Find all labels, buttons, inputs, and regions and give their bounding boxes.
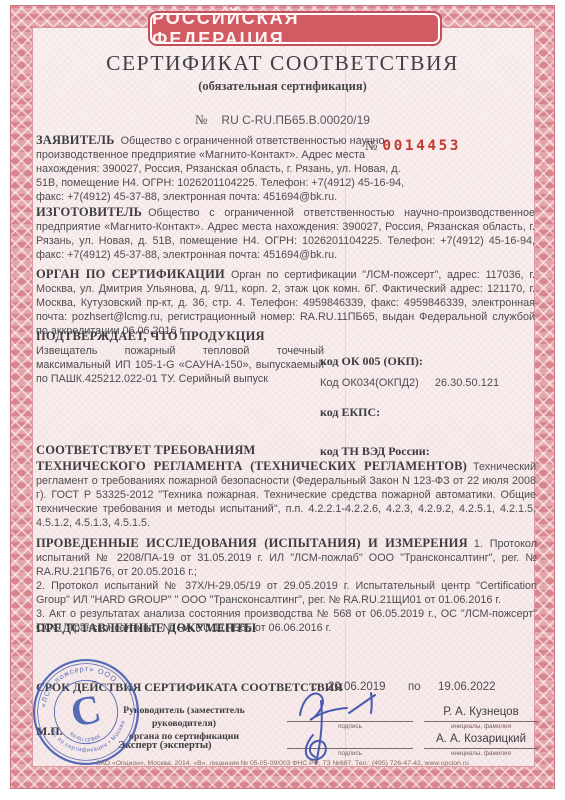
compliance-paragraph: ТЕХНИЧЕСКОГО РЕГЛАМЕНТА (ТЕХНИЧЕСКИХ РЕГ… xyxy=(36,459,536,530)
certificate-number: RU C-RU.ПБ65.В.00020/19 xyxy=(221,113,370,127)
compliance-sub-label: ТЕХНИЧЕСКОГО РЕГЛАМЕНТА (ТЕХНИЧЕСКИХ РЕГ… xyxy=(36,459,473,473)
code-okp-label: код ОК 005 (ОКП): xyxy=(320,354,535,369)
product-description: Извещатель пожарный тепловой точечный ма… xyxy=(36,344,324,386)
code-ekps-label: код ЕКПС: xyxy=(320,405,535,420)
code-okpd-label: Код ОК034(ОКПД2) xyxy=(320,377,419,389)
section-applicant: ЗАЯВИТЕЛЬОбщество с ограниченной ответст… xyxy=(36,133,414,204)
validity-to-date: 19.06.2022 xyxy=(438,681,496,693)
stamp-monogram: С xyxy=(67,686,105,736)
footer-imprint: ЗАО «Опцион», Москва, 2014, «В», лицензи… xyxy=(60,760,505,767)
manufacturer-label: ИЗГОТОВИТЕЛЬ xyxy=(36,205,148,219)
certificate-page: РОССИЙСКАЯ ФЕДЕРАЦИЯ СЕРТИФИКАТ СООТВЕТС… xyxy=(0,0,565,800)
research-item-2: 2. Протокол испытаний № 37Х/Н-29.05/19 о… xyxy=(36,579,537,607)
product-section-label: ПОДТВЕРЖДАЕТ, ЧТО ПРОДУКЦИЯ xyxy=(36,329,265,344)
head-name-line xyxy=(424,721,538,722)
expert-name-line xyxy=(424,748,538,749)
round-seal-stamp: «ЛСМ-пожсерт» ООО ОС по сертификации • М… xyxy=(20,646,153,779)
country-banner-label: РОССИЙСКАЯ ФЕДЕРАЦИЯ xyxy=(152,8,438,50)
research-label: ПРОВЕДЕННЫЕ ИССЛЕДОВАНИЯ (ИСПЫТАНИЯ) И И… xyxy=(36,536,474,550)
code-okpd-value: 26.30.50.121 xyxy=(435,377,499,389)
code-tnved-label: код ТН ВЭД России: xyxy=(320,444,535,459)
head-name: Р. А. Кузнецов xyxy=(424,706,538,718)
certificate-number-row: №RU C-RU.ПБ65.В.00020/19 xyxy=(30,112,535,128)
certificate-title: СЕРТИФИКАТ СООТВЕТСТВИЯ xyxy=(30,51,535,76)
expert-name-caption: инициалы, фамилия xyxy=(424,750,538,757)
head-name-caption: инициалы, фамилия xyxy=(424,723,538,730)
certification-body-label: ОРГАН ПО СЕРТИФИКАЦИИ xyxy=(36,267,231,281)
applicant-label: ЗАЯВИТЕЛЬ xyxy=(36,133,121,147)
number-sign-icon: № xyxy=(195,112,207,127)
expert-name: А. А. Козарицкий xyxy=(424,733,538,745)
section-certification-body: ОРГАН ПО СЕРТИФИКАЦИИОрган по сертификац… xyxy=(36,267,535,338)
country-banner: РОССИЙСКАЯ ФЕДЕРАЦИЯ xyxy=(150,13,440,44)
certificate-subtitle: (обязательная сертификация) xyxy=(30,79,535,94)
code-okpd-row: Код ОК034(ОКПД2)26.30.50.121 xyxy=(320,373,535,391)
codes-block: код ОК 005 (ОКП): Код ОК034(ОКПД2)26.30.… xyxy=(320,354,535,459)
documents-section-label: ПРЕДСТАВЛЕННЫЕ ДОКУМЕНТЫ xyxy=(36,621,256,636)
section-manufacturer: ИЗГОТОВИТЕЛЬОбщество с ограниченной отве… xyxy=(36,205,535,262)
compliance-section-label: СООТВЕТСТВУЕТ ТРЕБОВАНИЯМ xyxy=(36,443,256,458)
